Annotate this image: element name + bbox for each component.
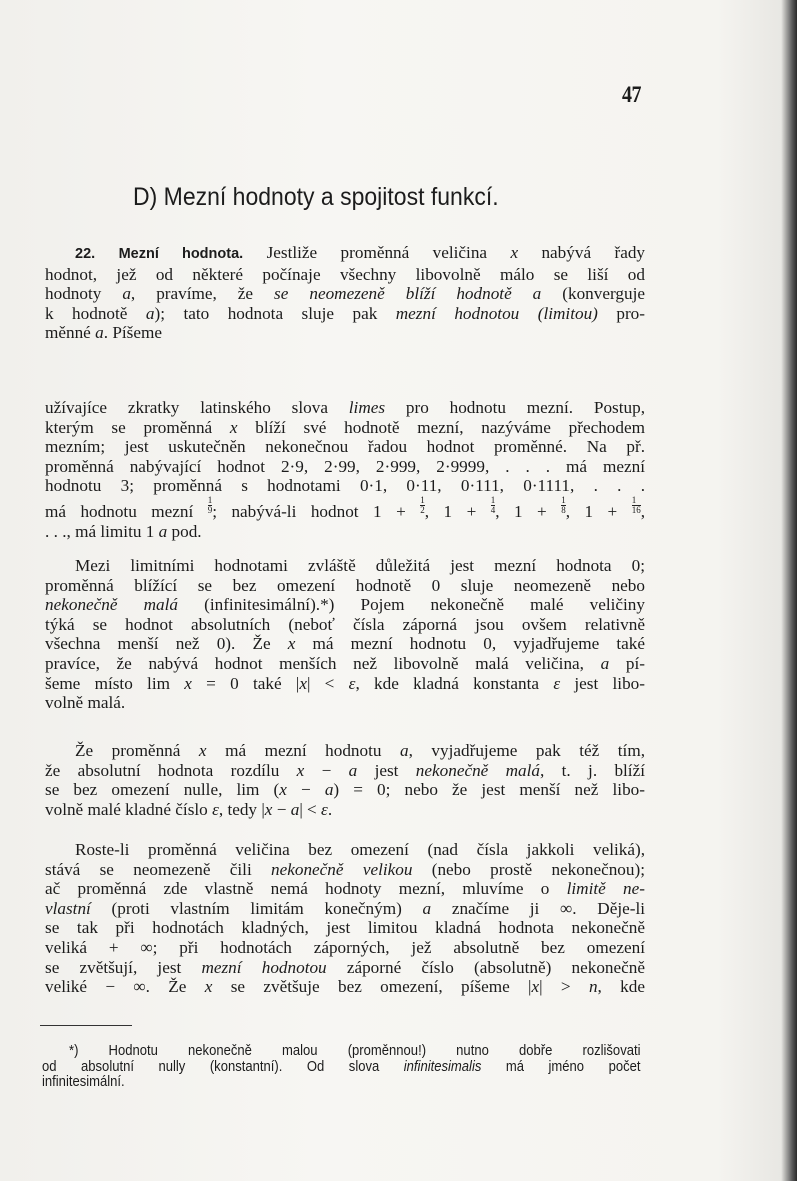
text-line: užívajíce zkratky latinského slova limes… [45,398,645,418]
paragraph-infinity: Roste-li proměnná veličina bez omezení (… [45,840,645,997]
footnote: *) Hodnotu nekonečně malou (proměnnou!) … [42,1044,641,1091]
text-line: kterým se proměnná x blíží své hodnotě m… [45,418,645,438]
text-line-content: Jestliže proměnná veličina x nabývá řady [267,243,645,262]
text-line: týká se hodnot absolutních (neboť čísla … [45,615,645,635]
text-line: nekonečně malá (infinitesimální).*) Poje… [45,595,645,615]
text-line: mezním; jest uskutečněn nekonečnou řadou… [45,437,645,457]
text-line: k hodnotě a); tato hodnota sluje pak mez… [45,304,645,324]
text-line: všechna menší než 0). Že x má mezní hodn… [45,634,645,654]
text-line: hodnoty a, pravíme, že se neomezeně blíž… [45,284,645,304]
text-line: stává se neomezeně čili nekonečně veliko… [45,860,645,880]
text-line: pravíce, že nabývá hodnot menších než li… [45,654,645,674]
paragraph-infinitesimal: Mezi limitními hodnotami zvláště důležit… [45,556,645,713]
text-line: Mezi limitními hodnotami zvláště důležit… [45,556,645,576]
text-line: veliká + ∞; při hodnotách záporných, jež… [45,938,645,958]
text-line: že absolutní hodnota rozdílu x − a jest … [45,761,645,781]
section-title: D) Mezní hodnoty a spojitost funkcí. [133,183,499,212]
text-line: měnné a. Píšeme [45,323,645,343]
text-line: veliké − ∞. Že x se zvětšuje bez omezení… [45,977,645,997]
text-line: má hodnotu mezní 19; nabývá-li hodnot 1 … [45,496,645,522]
text-line: hodnot, jež od některé počínaje všechny … [45,265,645,285]
text-line: ač proměnná zde vlastně nemá hodnoty mez… [45,879,645,899]
text-line: 22. Mezní hodnota. Jestliže proměnná vel… [45,243,645,265]
footnote-line: od absolutní nully (konstantní). Od slov… [42,1060,641,1076]
paragraph-heading: Mezní hodnota. [119,246,244,262]
text-line: hodnotu 3; proměnná s hodnotami 0·1, 0·1… [45,476,645,496]
text-line: se tak při hodnotách kladných, jest limi… [45,918,645,938]
text-line: vlastní (proti vlastním limitám konečným… [45,899,645,919]
text-line: volně malé kladné číslo ε, tedy |x − a| … [45,800,645,820]
footnote-divider [40,1025,132,1026]
text-line: šeme místo lim x = 0 také |x| < ε, kde k… [45,674,645,694]
footnote-line: infinitesimální. [42,1075,641,1091]
page-number: 47 [622,82,641,108]
text-line: Roste-li proměnná veličina bez omezení (… [45,840,645,860]
paragraph-difference: Že proměnná x má mezní hodnotu a, vyjadř… [45,741,645,819]
footnote-line: *) Hodnotu nekonečně malou (proměnnou!) … [42,1044,641,1060]
paragraph-number: 22. [75,246,95,262]
text-line: . . ., má limitu 1 a pod. [45,522,645,542]
text-line: proměnná nabývající hodnot 2·9, 2·99, 2·… [45,457,645,477]
text-line: volně malá. [45,693,645,713]
text-line: se bez omezení nulle, lim (x − a) = 0; n… [45,780,645,800]
text-line: se zvětšují, jest mezní hodnotou záporné… [45,958,645,978]
text-line: proměnná blížící se bez omezení hodnotě … [45,576,645,596]
text-line: Že proměnná x má mezní hodnotu a, vyjadř… [45,741,645,761]
paragraph-mezni-hodnota: 22. Mezní hodnota. Jestliže proměnná vel… [45,243,645,343]
paragraph-limes: užívajíce zkratky latinského slova limes… [45,398,645,541]
book-page: 47 D) Mezní hodnoty a spojitost funkcí. … [0,0,797,1181]
